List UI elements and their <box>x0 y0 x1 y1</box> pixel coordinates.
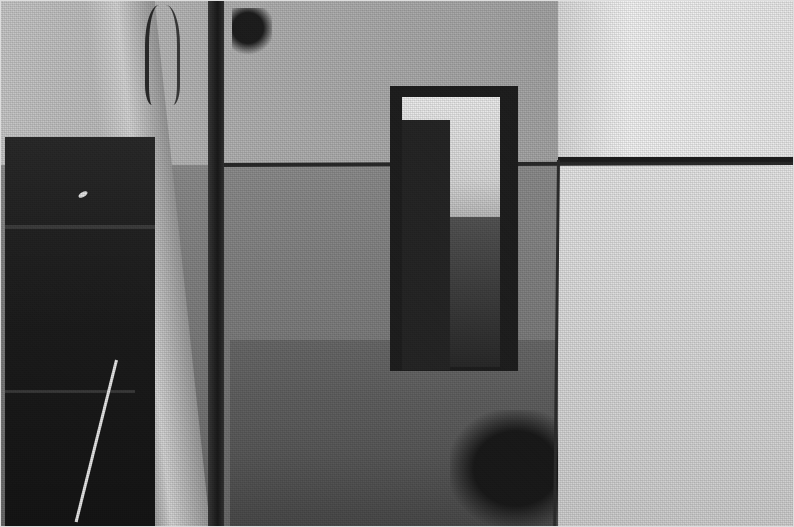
vertical-pipe <box>208 0 224 527</box>
doorway-far-floor <box>450 217 500 367</box>
cabinet-shelf <box>5 390 135 393</box>
photo-scene <box>0 0 794 527</box>
chair-rail-right <box>558 157 794 162</box>
hanging-cable <box>145 5 180 105</box>
floor-shadow <box>450 410 560 527</box>
cabinet-shelf <box>5 225 155 229</box>
white-wall-upper <box>558 0 794 160</box>
hanging-plant <box>232 8 272 58</box>
doorway-inner-shadow <box>402 120 450 370</box>
